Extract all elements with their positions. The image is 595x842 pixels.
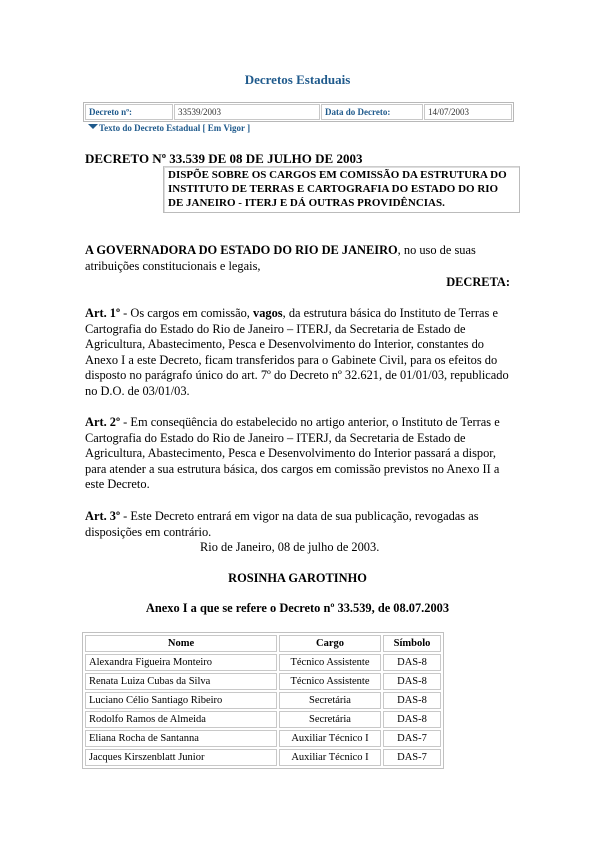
cell-cargo: Técnico Assistente [279, 654, 381, 671]
article-3: Art. 3º - Este Decreto entrará em vigor … [85, 509, 515, 540]
column-header-cargo: Cargo [279, 635, 381, 652]
article-1-label: Art. 1º [85, 306, 120, 320]
cell-simbolo: DAS-8 [383, 654, 441, 671]
cell-simbolo: DAS-8 [383, 673, 441, 690]
cell-cargo: Auxiliar Técnico I [279, 749, 381, 766]
article-1: Art. 1º - Os cargos em comissão, vagos, … [85, 306, 515, 400]
decree-text-toggle-link[interactable]: Texto do Decreto Estadual [ Em Vigor ] [88, 123, 250, 133]
place-date: Rio de Janeiro, 08 de julho de 2003. [200, 540, 379, 555]
decree-number-value: 33539/2003 [174, 104, 320, 120]
cell-nome: Jacques Kirszenblatt Junior [85, 749, 277, 766]
annex-title: Anexo I a que se refere o Decreto nº 33.… [0, 601, 595, 616]
table-row: Renata Luiza Cubas da SilvaTécnico Assis… [85, 673, 441, 690]
cell-nome: Rodolfo Ramos de Almeida [85, 711, 277, 728]
cell-simbolo: DAS-8 [383, 692, 441, 709]
article-2: Art. 2º - Em conseqüência do estabelecid… [85, 415, 515, 493]
column-header-nome: Nome [85, 635, 277, 652]
site-title: Decretos Estaduais [0, 72, 595, 88]
signature: ROSINHA GAROTINHO [0, 571, 595, 586]
preamble-authority: A GOVERNADORA DO ESTADO DO RIO DE JANEIR… [85, 243, 398, 257]
column-header-simbolo: Símbolo [383, 635, 441, 652]
table-row: Jacques Kirszenblatt JuniorAuxiliar Técn… [85, 749, 441, 766]
article-3-text: - Este Decreto entrará em vigor na data … [85, 509, 479, 539]
table-row: Alexandra Figueira MonteiroTécnico Assis… [85, 654, 441, 671]
cell-simbolo: DAS-7 [383, 749, 441, 766]
article-1-emphasis: vagos [253, 306, 283, 320]
cell-cargo: Técnico Assistente [279, 673, 381, 690]
article-1-text: - Os cargos em comissão, [120, 306, 253, 320]
cell-cargo: Auxiliar Técnico I [279, 730, 381, 747]
decreta-heading: DECRETA: [85, 275, 510, 290]
preamble: A GOVERNADORA DO ESTADO DO RIO DE JANEIR… [85, 243, 515, 274]
decree-number-label: Decreto nº: [85, 104, 173, 120]
annex-table: Nome Cargo Símbolo Alexandra Figueira Mo… [82, 632, 444, 769]
triangle-down-icon [88, 124, 98, 129]
article-2-text: - Em conseqüência do estabelecido no art… [85, 415, 500, 491]
cell-nome: Renata Luiza Cubas da Silva [85, 673, 277, 690]
table-row: Rodolfo Ramos de AlmeidaSecretáriaDAS-8 [85, 711, 441, 728]
cell-cargo: Secretária [279, 692, 381, 709]
table-row: Luciano Célio Santiago RibeiroSecretária… [85, 692, 441, 709]
article-3-label: Art. 3º [85, 509, 120, 523]
table-row: Eliana Rocha de SantannaAuxiliar Técnico… [85, 730, 441, 747]
decree-summary-box: DISPÕE SOBRE OS CARGOS EM COMISSÃO DA ES… [163, 166, 520, 213]
cell-nome: Eliana Rocha de Santanna [85, 730, 277, 747]
cell-nome: Alexandra Figueira Monteiro [85, 654, 277, 671]
cell-simbolo: DAS-7 [383, 730, 441, 747]
cell-cargo: Secretária [279, 711, 381, 728]
cell-simbolo: DAS-8 [383, 711, 441, 728]
decree-date-value: 14/07/2003 [424, 104, 512, 120]
decree-title: DECRETO Nº 33.539 DE 08 DE JULHO DE 2003 [85, 151, 362, 167]
decree-meta-table: Decreto nº: 33539/2003 Data do Decreto: … [83, 102, 514, 122]
toggle-link-label: Texto do Decreto Estadual [ Em Vigor ] [99, 123, 250, 133]
cell-nome: Luciano Célio Santiago Ribeiro [85, 692, 277, 709]
article-2-label: Art. 2º [85, 415, 120, 429]
decree-date-label: Data do Decreto: [321, 104, 423, 120]
